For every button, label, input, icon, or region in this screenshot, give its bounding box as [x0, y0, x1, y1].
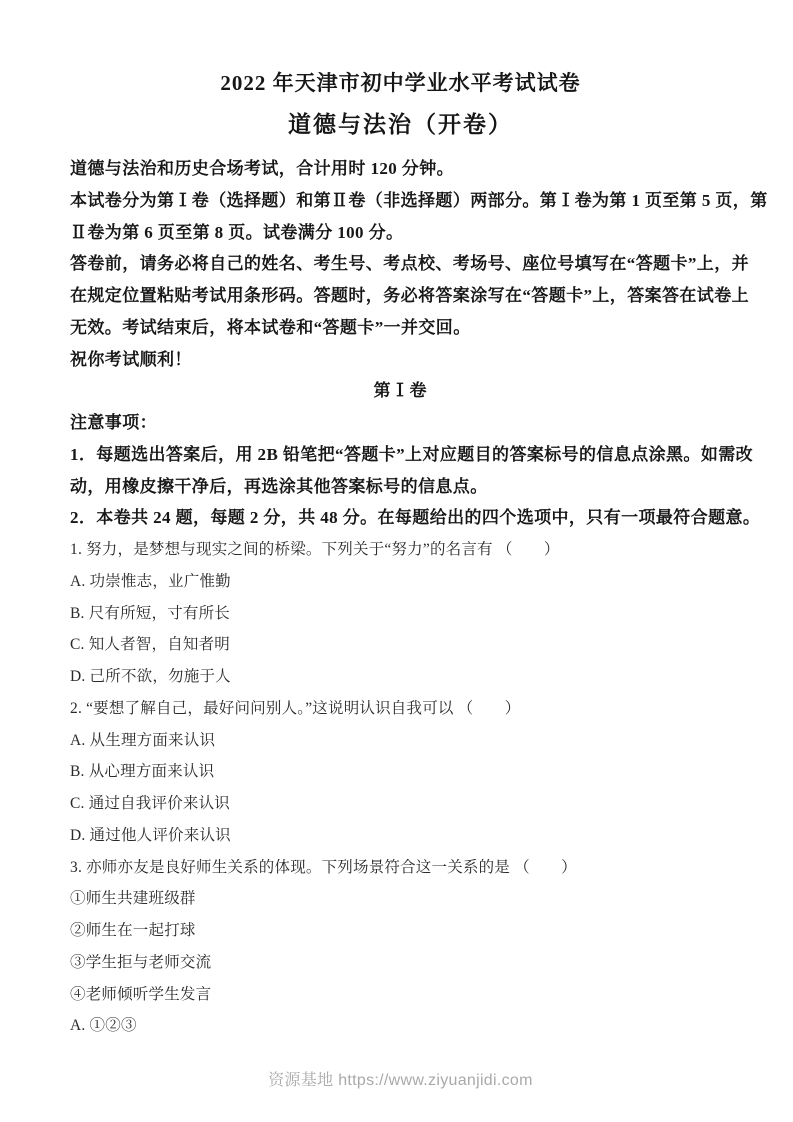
exam-subject-title: 道德与法治（开卷）: [70, 110, 731, 139]
question-2-option-d: D. 通过他人评价来认识: [70, 820, 731, 852]
footer-site-url[interactable]: https://www.ziyuanjidi.com: [338, 1072, 533, 1089]
note-line: 1．每题选出答案后，用 2B 铅笔把“答题卡”上对应题目的答案标号的信息点涂黑。…: [70, 439, 731, 471]
question-2-option-c: C. 通过自我评价来认识: [70, 788, 731, 820]
question-3-item-4: ④老师倾听学生发言: [70, 979, 731, 1011]
footer-watermark: 资源基地 https://www.ziyuanjidi.com: [70, 1070, 731, 1092]
intro-line: 答卷前，请务必将自己的姓名、考生号、考点校、考场号、座位号填写在“答题卡”上，并: [70, 248, 731, 280]
footer-site-name: 资源基地: [268, 1072, 333, 1089]
question-1-option-d: D. 己所不欲，勿施于人: [70, 661, 731, 693]
intro-line: 本试卷分为第Ⅰ卷（选择题）和第Ⅱ卷（非选择题）两部分。第Ⅰ卷为第 1 页至第 5…: [70, 185, 731, 217]
question-2-option-a: A. 从生理方面来认识: [70, 725, 731, 757]
note-line: 动，用橡皮擦干净后，再选涂其他答案标号的信息点。: [70, 471, 731, 503]
question-2-option-b: B. 从心理方面来认识: [70, 756, 731, 788]
exam-body: 道德与法治和历史合场考试，合计用时 120 分钟。 本试卷分为第Ⅰ卷（选择题）和…: [70, 153, 731, 1042]
exam-title: 2022 年天津市初中学业水平考试试卷: [70, 70, 731, 97]
question-1-option-a: A. 功崇惟志，业广惟勤: [70, 566, 731, 598]
section-1-heading: 第Ⅰ卷: [70, 375, 731, 407]
question-3-item-1: ①师生共建班级群: [70, 883, 731, 915]
question-1-option-c: C. 知人者智，自知者明: [70, 629, 731, 661]
intro-line: 无效。考试结束后，将本试卷和“答题卡”一并交回。: [70, 312, 731, 344]
question-3-item-2: ②师生在一起打球: [70, 915, 731, 947]
note-line: 2．本卷共 24 题，每题 2 分，共 48 分。在每题给出的四个选项中，只有一…: [70, 502, 731, 534]
question-2-stem: 2. “要想了解自己，最好问问别人。”这说明认识自我可以 （ ）: [70, 693, 731, 725]
question-3-option-a: A. ①②③: [70, 1010, 731, 1042]
exam-paper-page: 2022 年天津市初中学业水平考试试卷 道德与法治（开卷） 道德与法治和历史合场…: [0, 0, 793, 1122]
question-3-stem: 3. 亦师亦友是良好师生关系的体现。下列场景符合这一关系的是 （ ）: [70, 852, 731, 884]
intro-line: 在规定位置粘贴考试用条形码。答题时，务必将答案涂写在“答题卡”上，答案答在试卷上: [70, 280, 731, 312]
notes-heading: 注意事项：: [70, 407, 731, 439]
question-1-option-b: B. 尺有所短，寸有所长: [70, 598, 731, 630]
intro-line: 道德与法治和历史合场考试，合计用时 120 分钟。: [70, 153, 731, 185]
question-1-stem: 1. 努力，是梦想与现实之间的桥梁。下列关于“努力”的名言有 （ ）: [70, 534, 731, 566]
intro-line: Ⅱ卷为第 6 页至第 8 页。试卷满分 100 分。: [70, 217, 731, 249]
good-luck-line: 祝你考试顺利！: [70, 344, 731, 376]
question-3-item-3: ③学生拒与老师交流: [70, 947, 731, 979]
